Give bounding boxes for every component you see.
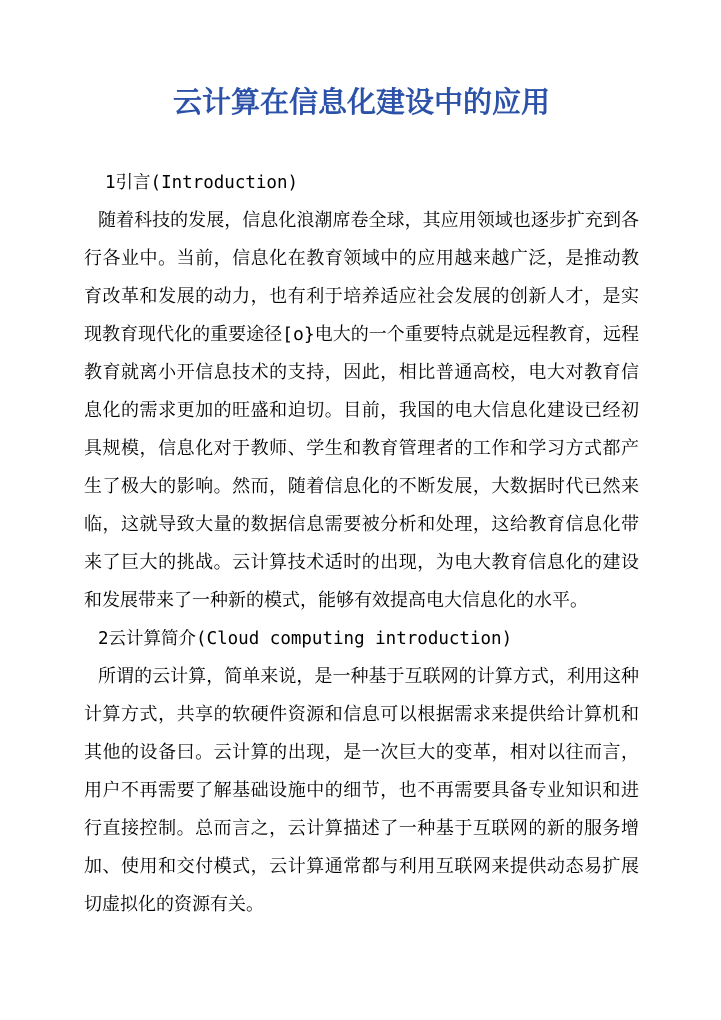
document-content: 云计算在信息化建设中的应用 1引言(Introduction) 随着科技的发展，… [0,0,721,924]
section-heading-cloud-computing: 2云计算简介(Cloud computing introduction) [84,620,639,658]
paragraph-cloud-computing: 所谓的云计算，简单来说，是一种基于互联网的计算方式，利用这种计算方式，共享的软硬… [84,658,639,924]
section-heading-introduction: 1引言(Introduction) [84,164,639,202]
document-page: 云计算在信息化建设中的应用 1引言(Introduction) 随着科技的发展，… [0,0,721,1020]
paragraph-introduction: 随着科技的发展，信息化浪潮席卷全球，其应用领域也逐步扩充到各行各业中。当前，信息… [84,202,639,620]
document-title: 云计算在信息化建设中的应用 [84,0,639,122]
